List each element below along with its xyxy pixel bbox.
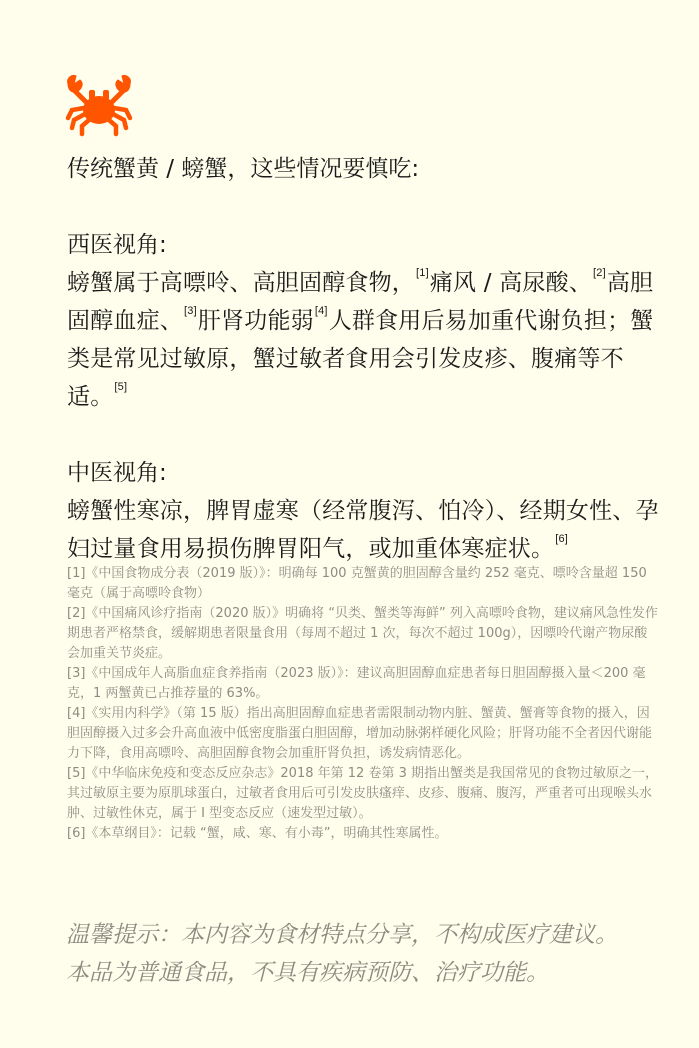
reference-item-2: [2]《中国痛风诊疗指南（2020 版）》明确将 “贝类、蟹类等海鲜” 列入高嘌…	[67, 604, 659, 664]
citation-2[interactable]: [2]	[593, 267, 606, 279]
western-body: 螃蟹属于高嘌呤、高胆固醇食物，[1]痛风 / 高尿酸、[2]高胆固醇血症、[3]…	[67, 264, 667, 416]
western-text-4: 肝肾功能弱	[198, 308, 314, 334]
citation-5[interactable]: [5]	[114, 381, 127, 393]
western-heading: 西医视角:	[67, 226, 667, 264]
main-content: 传统蟹黄 / 螃蟹，这些情况要慎吃: 西医视角: 螃蟹属于高嘌呤、高胆固醇食物，…	[67, 150, 667, 568]
reference-item-5: [5]《中华临床免疫和变态反应杂志》2018 年第 12 卷第 3 期指出蟹类是…	[67, 764, 659, 824]
page-title: 传统蟹黄 / 螃蟹，这些情况要慎吃:	[67, 150, 667, 188]
citation-6[interactable]: [6]	[555, 533, 568, 545]
disclaimer-line-1: 温馨提示：本内容为食材特点分享，不构成医疗建议。	[66, 916, 676, 954]
reference-item-1: [1]《中国食物成分表（2019 版）》：明确每 100 克蟹黄的胆固醇含量约 …	[67, 564, 659, 604]
tcm-heading: 中医视角:	[67, 454, 667, 492]
spacer	[67, 416, 667, 454]
western-text-1: 螃蟹属于高嘌呤、高胆固醇食物，	[67, 270, 415, 296]
citation-3[interactable]: [3]	[184, 305, 197, 317]
references-list: [1]《中国食物成分表（2019 版）》：明确每 100 克蟹黄的胆固醇含量约 …	[67, 564, 659, 844]
reference-item-6: [6]《本草纲目》：记载 “蟹，咸、寒、有小毒”，明确其性寒属性。	[67, 824, 659, 844]
disclaimer-line-2: 本品为普通食品，不具有疾病预防、治疗功能。	[66, 954, 676, 992]
tcm-text-1: 螃蟹性寒凉，脾胃虚寒（经常腹泻、怕冷）、经期女性、孕妇过量食用易损伤脾胃阳气，或…	[67, 498, 659, 562]
reference-item-4: [4]《实用内科学》（第 15 版）指出高胆固醇血症患者需限制动物内脏、蟹黄、蟹…	[67, 704, 659, 764]
crab-icon	[62, 74, 136, 138]
western-text-2: 痛风 / 高尿酸、	[430, 270, 592, 296]
spacer	[67, 188, 667, 226]
citation-1[interactable]: [1]	[416, 267, 429, 279]
citation-4[interactable]: [4]	[315, 305, 328, 317]
reference-item-3: [3]《中国成年人高脂血症食养指南（2023 版）》：建议高胆固醇血症患者每日胆…	[67, 664, 659, 704]
tcm-body: 螃蟹性寒凉，脾胃虚寒（经常腹泻、怕冷）、经期女性、孕妇过量食用易损伤脾胃阳气，或…	[67, 492, 667, 568]
disclaimer: 温馨提示：本内容为食材特点分享，不构成医疗建议。 本品为普通食品，不具有疾病预防…	[66, 916, 676, 992]
